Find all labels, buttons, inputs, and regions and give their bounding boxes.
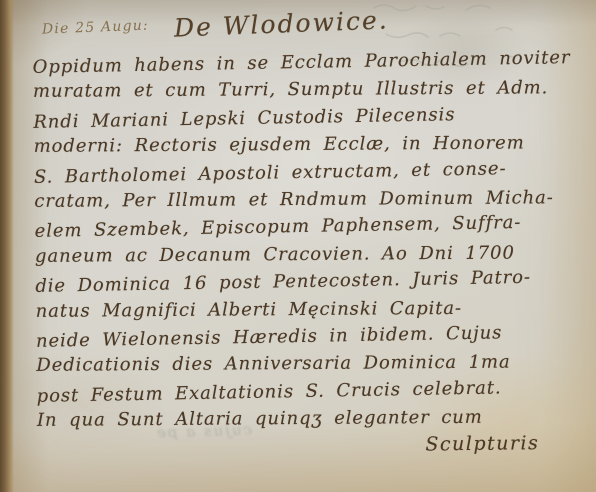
manuscript-line: In qua Sunt Altaria quinqʒ eleganter cum — [37, 403, 569, 434]
manuscript-text: Oppidum habens in se Ecclam Parochialem … — [33, 46, 570, 465]
manuscript-photo: { "document": { "description": "18th-cen… — [0, 0, 596, 492]
date-annotation: Die 25 Augu: — [42, 18, 149, 38]
binding-edge — [0, 0, 14, 492]
